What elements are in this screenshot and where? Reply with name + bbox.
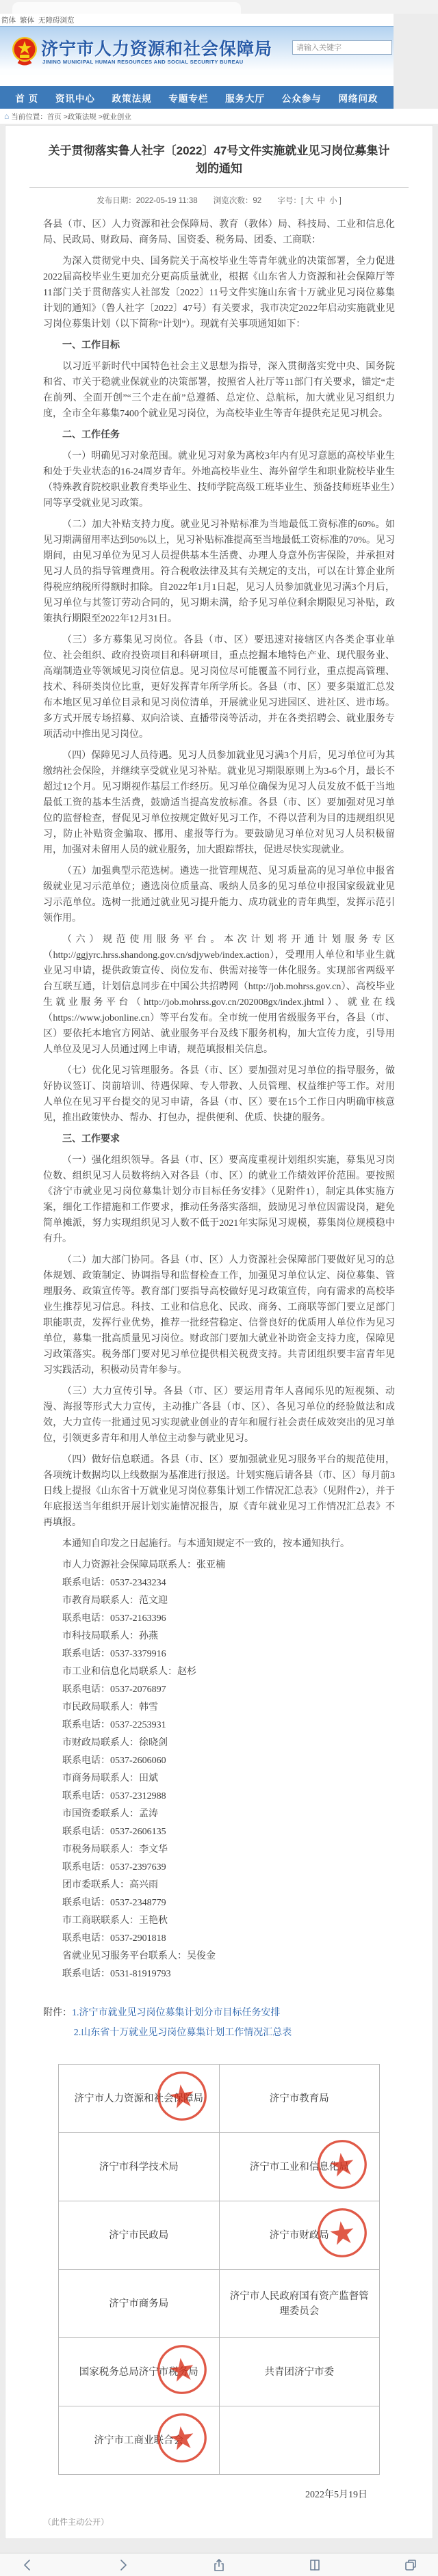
paragraph: 联系电话：0537-2606060 [43,1753,395,1769]
nav-item[interactable]: 网络问政 [339,91,378,105]
paragraph: 市税务局联系人：李文华 [43,1842,395,1857]
disclosure-note: （此件主动公开） [43,2516,395,2527]
paragraph: 市科技局联系人：孙燕 [43,1628,395,1644]
attachment-link[interactable]: 1.济宁市就业见习岗位募集计划分市目标任务安排 [72,2008,281,2018]
breadcrumb-link[interactable]: 首页 [47,113,62,121]
issuing-department-name: 济宁市教育局 [270,2091,329,2106]
fontsize-control: 字号：[大中小] [277,197,341,205]
nav-item[interactable]: 服务大厅 [225,91,265,105]
issuing-department-name: 济宁市人民政府国有资产监督管理委员会 [229,2289,370,2319]
quick-links-bar: 简体繁体无障碍浏览 [0,14,394,26]
paragraph: （一）强化组织领导。各县（市、区）要高度重视计划组织实施，募集见习岗位数、组织见… [43,1153,395,1247]
issuing-department-cell: 济宁市财政局 [220,2201,381,2270]
paragraph: 市人力资源社会保障局联系人：张亚楠 [43,1557,395,1573]
header-gap [0,75,394,86]
paragraph: 市工商联联系人：王艳秋 [43,1913,395,1929]
paragraph: 联系电话：0537-2076897 [43,1682,395,1698]
issuing-department-name: 济宁市工商业联合会 [94,2433,184,2448]
quick-link[interactable]: 简体 [1,16,16,25]
issuing-department-name: 国家税务总局济宁市税务局 [79,2365,198,2380]
paragraph: 为深入贯彻党中央、国务院关于高校毕业生等青年就业的决策部署，全力促进2022届高… [43,254,395,332]
paragraph: 联系电话：0537-2397639 [43,1860,395,1875]
issuing-departments-table: 济宁市人力资源和社会保障局 济宁市教育局 济宁市科学技术局 济宁市工业和信息化局… [58,2064,380,2475]
issuing-department-cell: 济宁市民政局 [59,2201,220,2270]
issuing-department-name: 济宁市人力资源和社会保障局 [75,2091,204,2106]
paragraph: 联系电话：0531-81919793 [43,1966,395,1982]
paragraph: （四）做好信息联通。各县（市、区）要加强就业见习服务平台的规范使用，各项统计数据… [43,1452,395,1531]
paragraph: 联系电话：0537-2312988 [43,1788,395,1804]
paragraph: （五）加强典型示范选树。遴选一批管理规范、见习质量高的见习单位申报省级就业见习示… [43,863,395,926]
paragraph: 联系电话：0537-2343234 [43,1575,395,1591]
breadcrumb-prefix: 当前位置： [11,113,47,121]
paragraph: 市国资委联系人：孟涛 [43,1806,395,1822]
publish-date: 发布日期：2022-05-19 11:38 [96,197,197,205]
issuing-department-cell: 济宁市工业和信息化局 [220,2133,381,2201]
paragraph: （三）多方募集见习岗位。各县（市、区）要迅速对接辖区内各类企事业单位、社会组织、… [43,632,395,742]
tabs-icon[interactable] [404,2558,417,2572]
issuing-department-cell: 济宁市科学技术局 [59,2133,220,2201]
issuing-department-cell: 济宁市商务局 [59,2270,220,2338]
breadcrumb: ⌂当前位置：首页 >政策法规 >就业创业 [0,109,438,124]
paragraph: 联系电话：0537-2348779 [43,1895,395,1911]
paragraph: 联系电话：0537-3379916 [43,1646,395,1662]
view-count: 浏览次数：92 [214,197,261,205]
paragraph: （六）规范使用服务平台。本次计划将开通计划服务专区（http://ggjyrc.… [43,932,395,1058]
paragraph: 团市委联系人：高兴雨 [43,1877,395,1893]
paragraph: （七）优化见习管理服务。各县（市、区）要加强对见习单位的指导服务，做好协议签订、… [43,1063,395,1126]
nav-item[interactable]: 公众参与 [282,91,322,105]
paragraph: 联系电话：0537-2606135 [43,1824,395,1840]
nav-item[interactable]: 首 页 [15,91,38,105]
issue-date: 2022年5月19日 [43,2487,368,2501]
issuing-department-name: 济宁市民政局 [109,2228,168,2243]
attachment-link[interactable]: 2.山东省十万就业见习岗位募集计划工作情况汇总表 [74,2028,292,2038]
attachment-line: 附件：1.济宁市就业见习岗位募集计划分市目标任务安排 [43,2005,395,2021]
attachment-line: 2.山东省十万就业见习岗位募集计划工作情况汇总表 [43,2025,395,2041]
paragraph: 市商务局联系人：田斌 [43,1771,395,1786]
issuing-department-cell: 济宁市工商业联合会 [59,2406,220,2475]
article-meta: 发布日期：2022-05-19 11:38 浏览次数：92 字号：[大中小] [43,195,395,206]
paragraph: 市财政局联系人：徐晓剑 [43,1735,395,1751]
paragraph: 二、工作任务 [43,427,395,443]
search-input[interactable] [292,40,392,55]
issuing-department-name: 济宁市商务局 [109,2296,168,2311]
article-card: 关于贯彻落实鲁人社字〔2022〕47号文件实施就业见习岗位募集计划的通知 发布日… [5,125,433,2539]
paragraph: 市民政局联系人：韩雪 [43,1700,395,1715]
paragraph: 各县（市、区）人力资源和社会保障局、教育（教体）局、科技局、工业和信息化局、民政… [43,217,395,248]
paragraph: 联系电话：0537-2163396 [43,1611,395,1626]
paragraph: 省就业见习服务平台联系人：吴俊金 [43,1948,395,1964]
paragraph: （二）加大补贴支持力度。就业见习补贴标准为当地最低工资标准的60%。如见习期满留… [43,517,395,627]
paragraph: （四）保障见习人员待遇。见习人员参加就业见习满3个月后，见习单位可为其缴纳社会保… [43,748,395,858]
site-title: 济宁市人力资源和社会保障局 [41,36,272,60]
fontsize-label: 字号：[ [277,197,303,205]
home-icon: ⌂ [4,111,9,121]
issuing-department-cell: 济宁市教育局 [220,2065,381,2133]
fontsize-option[interactable]: 大 [305,197,313,205]
issuing-department-cell: 国家税务总局济宁市税务局 [59,2338,220,2406]
screen: 简体繁体无障碍浏览 济宁市人力资源和社会保障局 JINING MUNICIPAL… [0,0,438,2576]
browser-tab[interactable] [12,2,241,14]
bookmarks-icon[interactable] [308,2558,322,2572]
browser-bottom-toolbar [0,2553,438,2576]
article-title: 关于贯彻落实鲁人社字〔2022〕47号文件实施就业见习岗位募集计划的通知 [43,142,395,178]
paragraph: 一、工作目标 [43,338,395,353]
nav-item[interactable]: 专题专栏 [168,91,208,105]
paragraph: 联系电话：0537-2253931 [43,1717,395,1733]
fontsize-label-end: ] [339,197,342,205]
national-emblem-logo [12,34,38,67]
issuing-department-name: 共青团济宁市委 [265,2365,335,2380]
nav-item[interactable]: 政策法规 [112,91,152,105]
paragraph: （三）大力宣传引导。各县（市、区）要运用青年人喜闻乐见的短视频、动漫、海报等形式… [43,1384,395,1447]
quick-link[interactable]: 无障碍浏览 [38,16,75,25]
paragraph: （二）加大部门协同。各县（市、区）人力资源社会保障部门要做好见习的总体规划、政策… [43,1252,395,1378]
paragraph: （一）明确见习对象范围。就业见习对象为离校3年内有见习意愿的高校毕业生和处于失业… [43,448,395,511]
issuing-department-cell: 共青团济宁市委 [220,2338,381,2406]
site-title-english: JINING MUNICIPAL HUMAN RESOURCES AND SOC… [42,59,244,65]
issuing-department-cell: 济宁市人力资源和社会保障局 [59,2065,220,2133]
quick-link[interactable]: 繁体 [20,16,34,25]
fontsize-option[interactable]: 小 [329,197,337,205]
attachments-label: 附件： [43,2008,72,2018]
site-masthead: 济宁市人力资源和社会保障局 JINING MUNICIPAL HUMAN RES… [0,26,394,75]
paragraph: 以习近平新时代中国特色社会主义思想为指导，深入贯彻落实党中央、国务院和省、市关于… [43,359,395,422]
attachments-section: 附件：1.济宁市就业见习岗位募集计划分市目标任务安排 2.山东省十万就业见习岗位… [43,2005,395,2041]
forward-icon[interactable] [116,2558,130,2572]
paragraph: 联系电话：0537-2901818 [43,1931,395,1946]
issuing-department-name: 济宁市工业和信息化局 [250,2160,349,2175]
article-body: 各县（市、区）人力资源和社会保障局、教育（教体）局、科技局、工业和信息化局、民政… [43,217,395,1982]
breadcrumb-link[interactable]: >政策法规 [62,113,96,121]
issuing-department-cell: 济宁市人民政府国有资产监督管理委员会 [220,2270,381,2338]
paragraph: 本通知自印发之日起施行。与本通知规定不一致的，按本通知执行。 [43,1536,395,1552]
paragraph: 市教育局联系人：范文迎 [43,1593,395,1609]
back-icon[interactable] [21,2558,34,2572]
issuing-department-name: 济宁市财政局 [270,2228,329,2243]
browser-top-bar [0,0,438,14]
paragraph: 市工业和信息化局联系人：赵杉 [43,1664,395,1680]
paragraph: 三、工作要求 [43,1131,395,1147]
main-navigation: 首 页资讯中心政策法规专题专栏服务大厅公众参与网络问政 [0,86,394,109]
breadcrumb-link[interactable]: >就业创业 [96,113,131,121]
nav-item[interactable]: 资讯中心 [55,91,95,105]
title-divider [29,187,409,188]
fontsize-option[interactable]: 中 [318,197,326,205]
issuing-department-name: 济宁市科学技术局 [99,2160,179,2175]
share-icon[interactable] [212,2558,226,2572]
